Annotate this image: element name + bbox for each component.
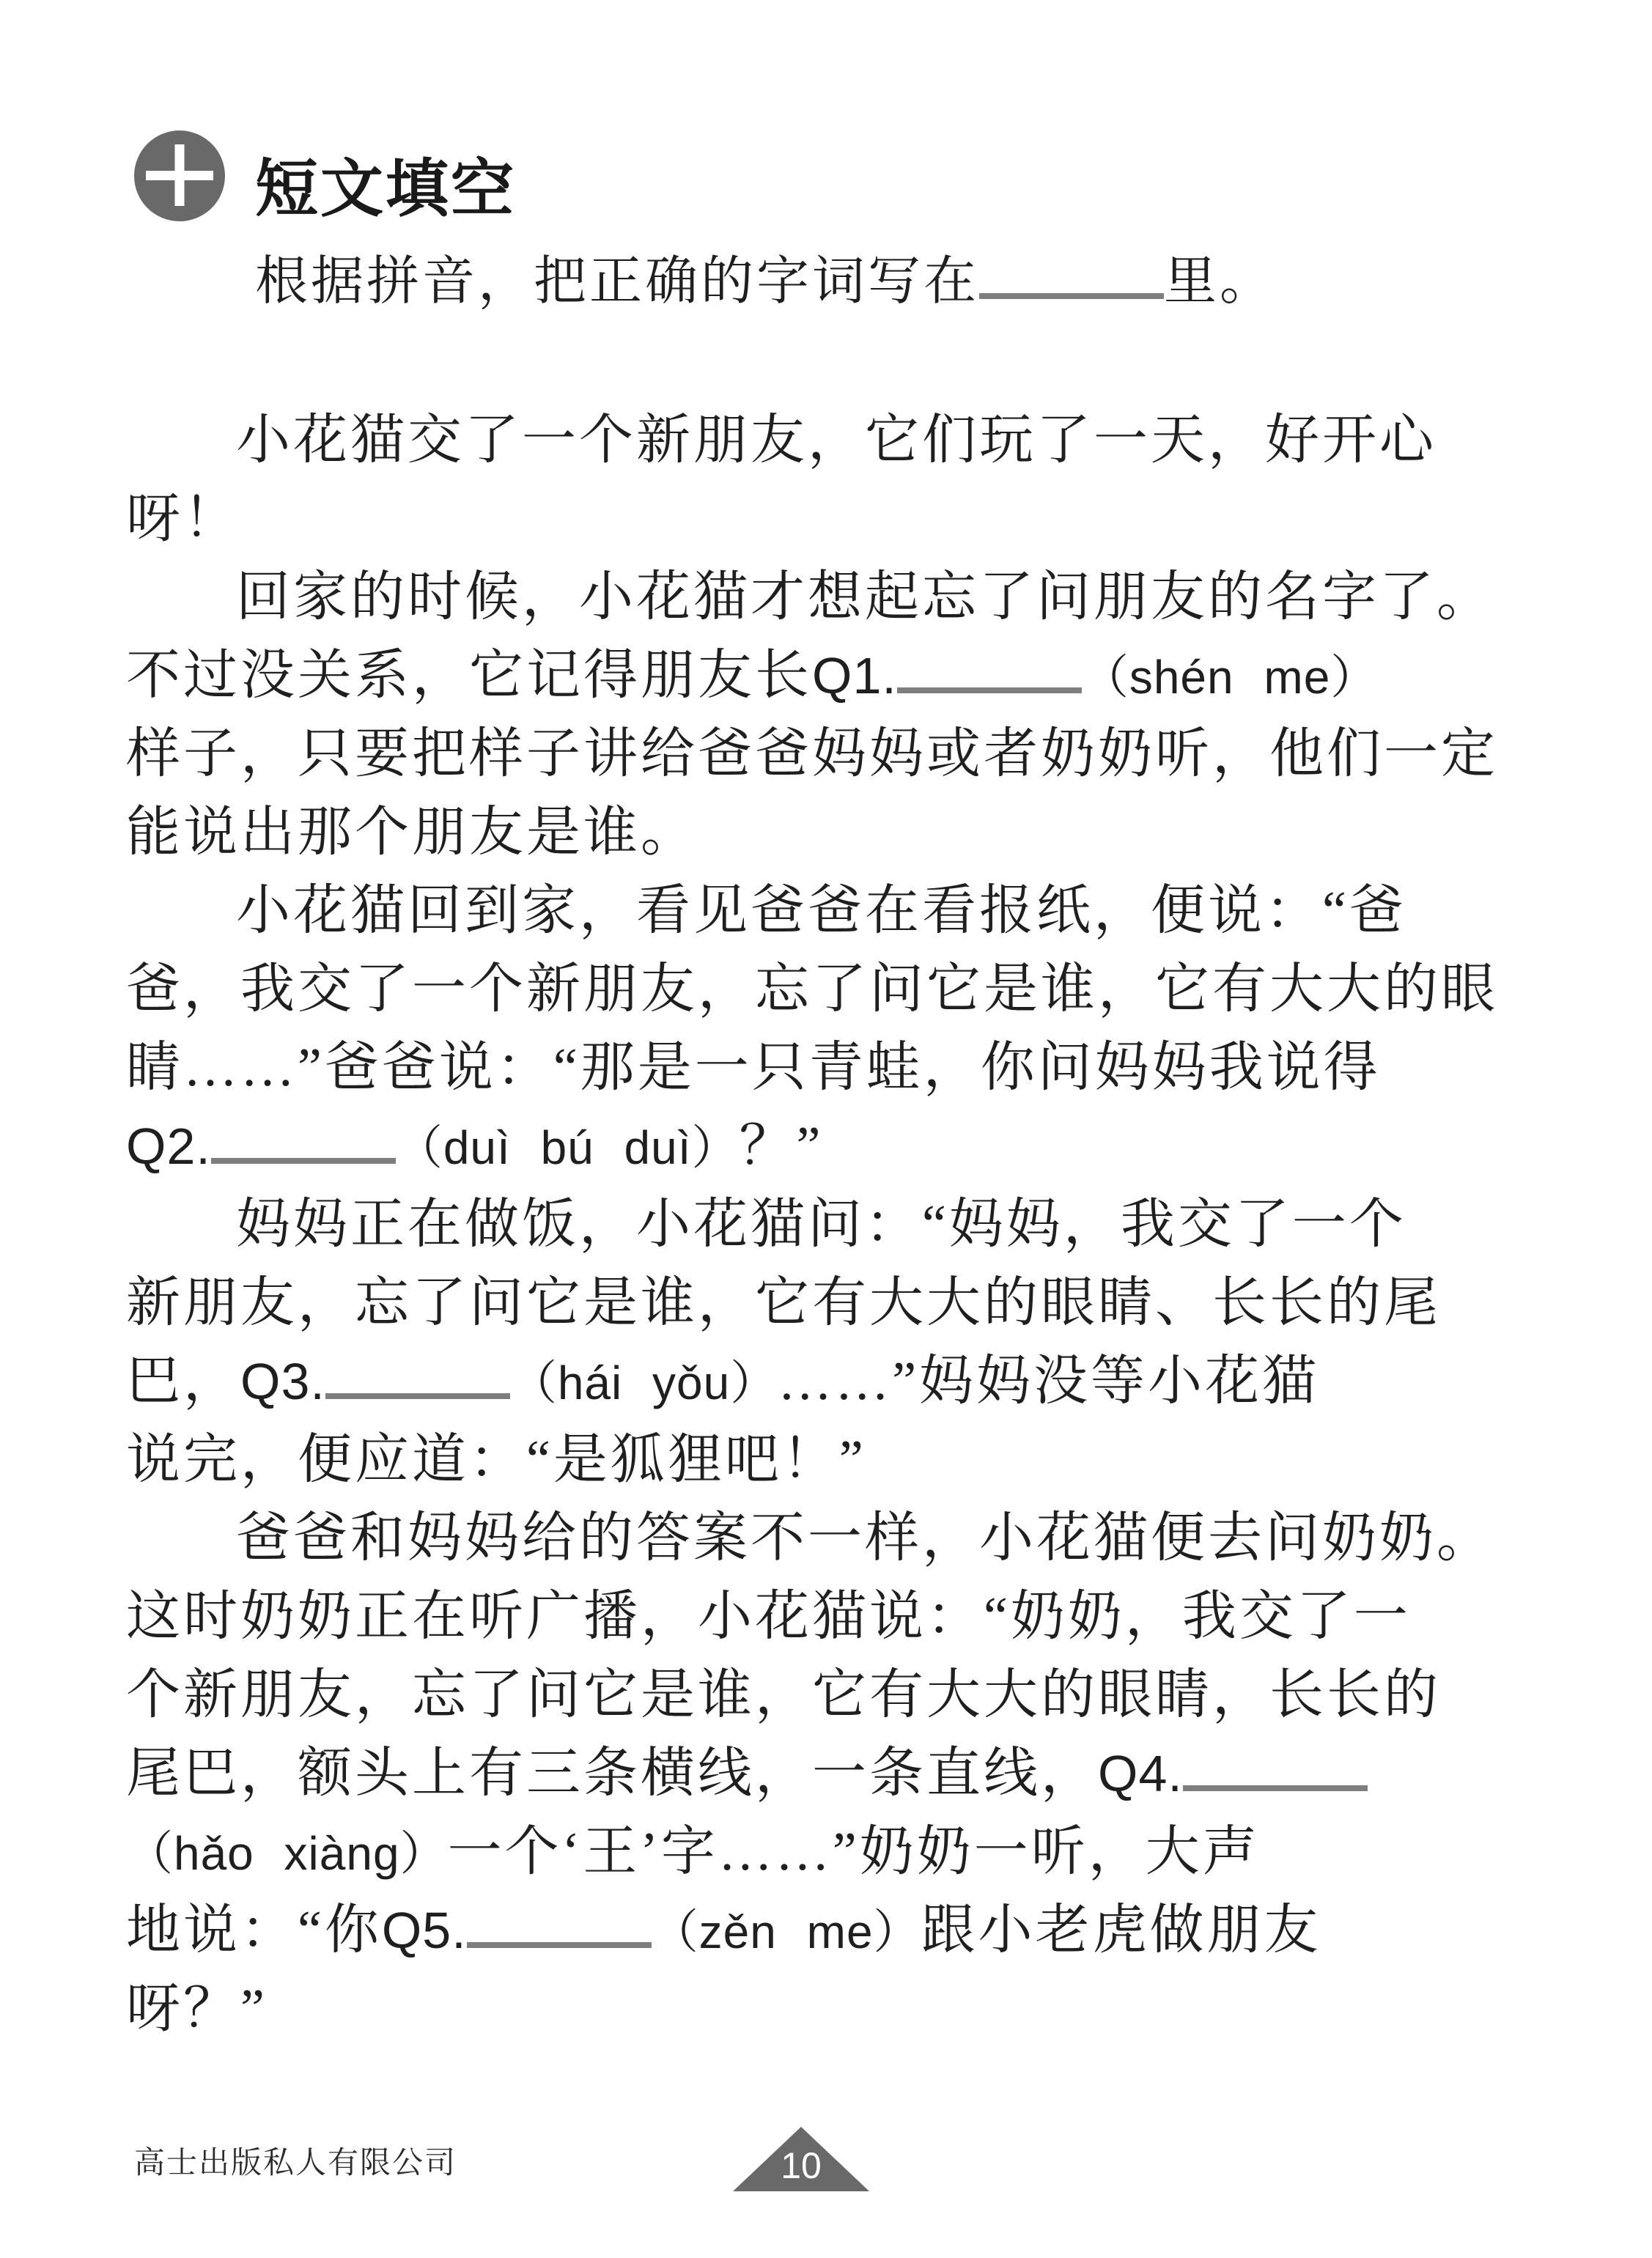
- question-number: Q1.: [812, 647, 897, 704]
- instruction-prefix: 根据拼音，把正确的字词写在: [255, 252, 979, 311]
- story-text: 妈妈正在做饭，小花猫问：“妈妈，我交了一个: [236, 1195, 1406, 1255]
- story-text: 爸爸和妈妈给的答案不一样，小花猫便去问奶奶。: [236, 1508, 1494, 1568]
- question-number: Q4.: [1098, 1745, 1183, 1802]
- story-line: 妈妈正在做饭，小花猫问：“妈妈，我交了一个: [126, 1186, 1522, 1264]
- story-text: 爸，我交了一个新朋友，忘了问它是谁，它有大大的眼: [126, 959, 1498, 1019]
- instruction-suffix: 里。: [1164, 252, 1275, 311]
- story-text: 尾巴，额头上有三条横线，一条直线，: [126, 1744, 1098, 1804]
- section-title: 短文填空: [255, 138, 516, 229]
- publisher-name: 高士出版私人有限公司: [134, 2139, 457, 2183]
- story-line: 呀？”: [126, 1970, 1522, 2048]
- story-text: 回家的时候，小花猫才想起忘了问朋友的名字了。: [236, 567, 1494, 627]
- question-number: Q3.: [240, 1353, 325, 1410]
- story-text: 不过没关系，它记得朋友长: [126, 646, 812, 706]
- story-line: 小花猫回到家，看见爸爸在看报纸，便说：“爸: [126, 872, 1522, 951]
- story-text: 小花猫回到家，看见爸爸在看报纸，便说：“爸: [236, 881, 1406, 941]
- page-number-badge: 10: [733, 2127, 869, 2191]
- fill-in-blank[interactable]: [897, 679, 1082, 693]
- story-text: 这时奶奶正在听广播，小花猫说：“奶奶，我交了一: [126, 1587, 1411, 1647]
- pinyin-hint: （hái yǒu）: [510, 1357, 778, 1409]
- page-number: 10: [781, 2147, 822, 2191]
- story-text: 睛……”爸爸说：“那是一只青蛙，你问妈妈我说得: [126, 1038, 1381, 1098]
- instruction-line: 根据拼音，把正确的字词写在里。: [255, 238, 1275, 314]
- question-number: Q2.: [126, 1118, 211, 1175]
- pinyin-hint: （zěn me）: [652, 1905, 921, 1958]
- story-text: 个新朋友，忘了问它是谁，它有大大的眼睛，长长的: [126, 1665, 1441, 1725]
- story-line: 新朋友，忘了问它是谁，它有大大的眼睛、长长的尾: [126, 1264, 1522, 1343]
- story-line: 呀！: [126, 480, 1522, 558]
- story-line: 小花猫交了一个新朋友，它们玩了一天，好开心: [126, 402, 1522, 480]
- fill-in-blank[interactable]: [325, 1384, 510, 1399]
- story-line: 样子，只要把样子讲给爸爸妈妈或者奶奶听，他们一定: [126, 715, 1522, 794]
- story-line: 爸爸和妈妈给的答案不一样，小花猫便去问奶奶。: [126, 1499, 1522, 1578]
- story-line: 睛……”爸爸说：“那是一只青蛙，你问妈妈我说得: [126, 1029, 1522, 1107]
- icon-cross-horizontal: [146, 171, 213, 180]
- story-line: 个新朋友，忘了问它是谁，它有大大的眼睛，长长的: [126, 1656, 1522, 1735]
- question-number: Q5.: [382, 1902, 467, 1959]
- story-text: 样子，只要把样子讲给爸爸妈妈或者奶奶听，他们一定: [126, 724, 1498, 784]
- story-line: 回家的时候，小花猫才想起忘了问朋友的名字了。: [126, 558, 1522, 637]
- story-text: 地说：“你: [126, 1900, 382, 1960]
- story-text: 说完，便应道：“是狐狸吧！”: [126, 1430, 866, 1490]
- pinyin-hint: （duì bú duì）: [396, 1121, 740, 1174]
- story-text: ……”妈妈没等小花猫: [778, 1351, 1319, 1412]
- story-passage: 小花猫交了一个新朋友，它们玩了一天，好开心呀！回家的时候，小花猫才想起忘了问朋友…: [126, 402, 1522, 2048]
- story-text: 能说出那个朋友是谁。: [126, 803, 698, 863]
- story-line: 能说出那个朋友是谁。: [126, 794, 1522, 872]
- story-line: 这时奶奶正在听广播，小花猫说：“奶奶，我交了一: [126, 1578, 1522, 1656]
- fill-in-blank[interactable]: [467, 1933, 652, 1948]
- section-number-icon: [134, 130, 225, 221]
- story-line: 爸，我交了一个新朋友，忘了问它是谁，它有大大的眼: [126, 951, 1522, 1029]
- story-text: 一个‘王’字……”奶奶一听，大声: [448, 1822, 1260, 1882]
- story-text: 呀？”: [126, 1979, 268, 2039]
- story-text: 新朋友，忘了问它是谁，它有大大的眼睛、长长的尾: [126, 1273, 1441, 1333]
- story-line: Q2.（duì bú duì）？”: [126, 1107, 1522, 1186]
- story-line: 不过没关系，它记得朋友长Q1.（shén me）: [126, 637, 1522, 715]
- story-text: ？”: [740, 1116, 824, 1176]
- story-text: 小花猫交了一个新朋友，它们玩了一天，好开心: [236, 410, 1437, 471]
- story-text: 跟小老虎做朋友: [921, 1900, 1321, 1960]
- pinyin-hint: （hǎo xiàng）: [126, 1827, 448, 1880]
- worksheet-page: 短文填空 根据拼音，把正确的字词写在里。 小花猫交了一个新朋友，它们玩了一天，好…: [0, 0, 1652, 2258]
- story-line: 地说：“你Q5.（zěn me）跟小老虎做朋友: [126, 1892, 1522, 1970]
- story-line: 说完，便应道：“是狐狸吧！”: [126, 1421, 1522, 1499]
- story-line: 尾巴，额头上有三条横线，一条直线，Q4.: [126, 1735, 1522, 1813]
- pinyin-hint: （shén me）: [1082, 651, 1378, 704]
- story-line: 巴，Q3.（hái yǒu）……”妈妈没等小花猫: [126, 1343, 1522, 1421]
- story-line: （hǎo xiàng）一个‘王’字……”奶奶一听，大声: [126, 1813, 1522, 1892]
- fill-in-blank[interactable]: [211, 1149, 396, 1164]
- story-text: 巴，: [126, 1351, 240, 1412]
- story-text: 呀！: [126, 489, 240, 549]
- fill-in-blank[interactable]: [1183, 1776, 1368, 1791]
- instruction-blank[interactable]: [979, 284, 1164, 299]
